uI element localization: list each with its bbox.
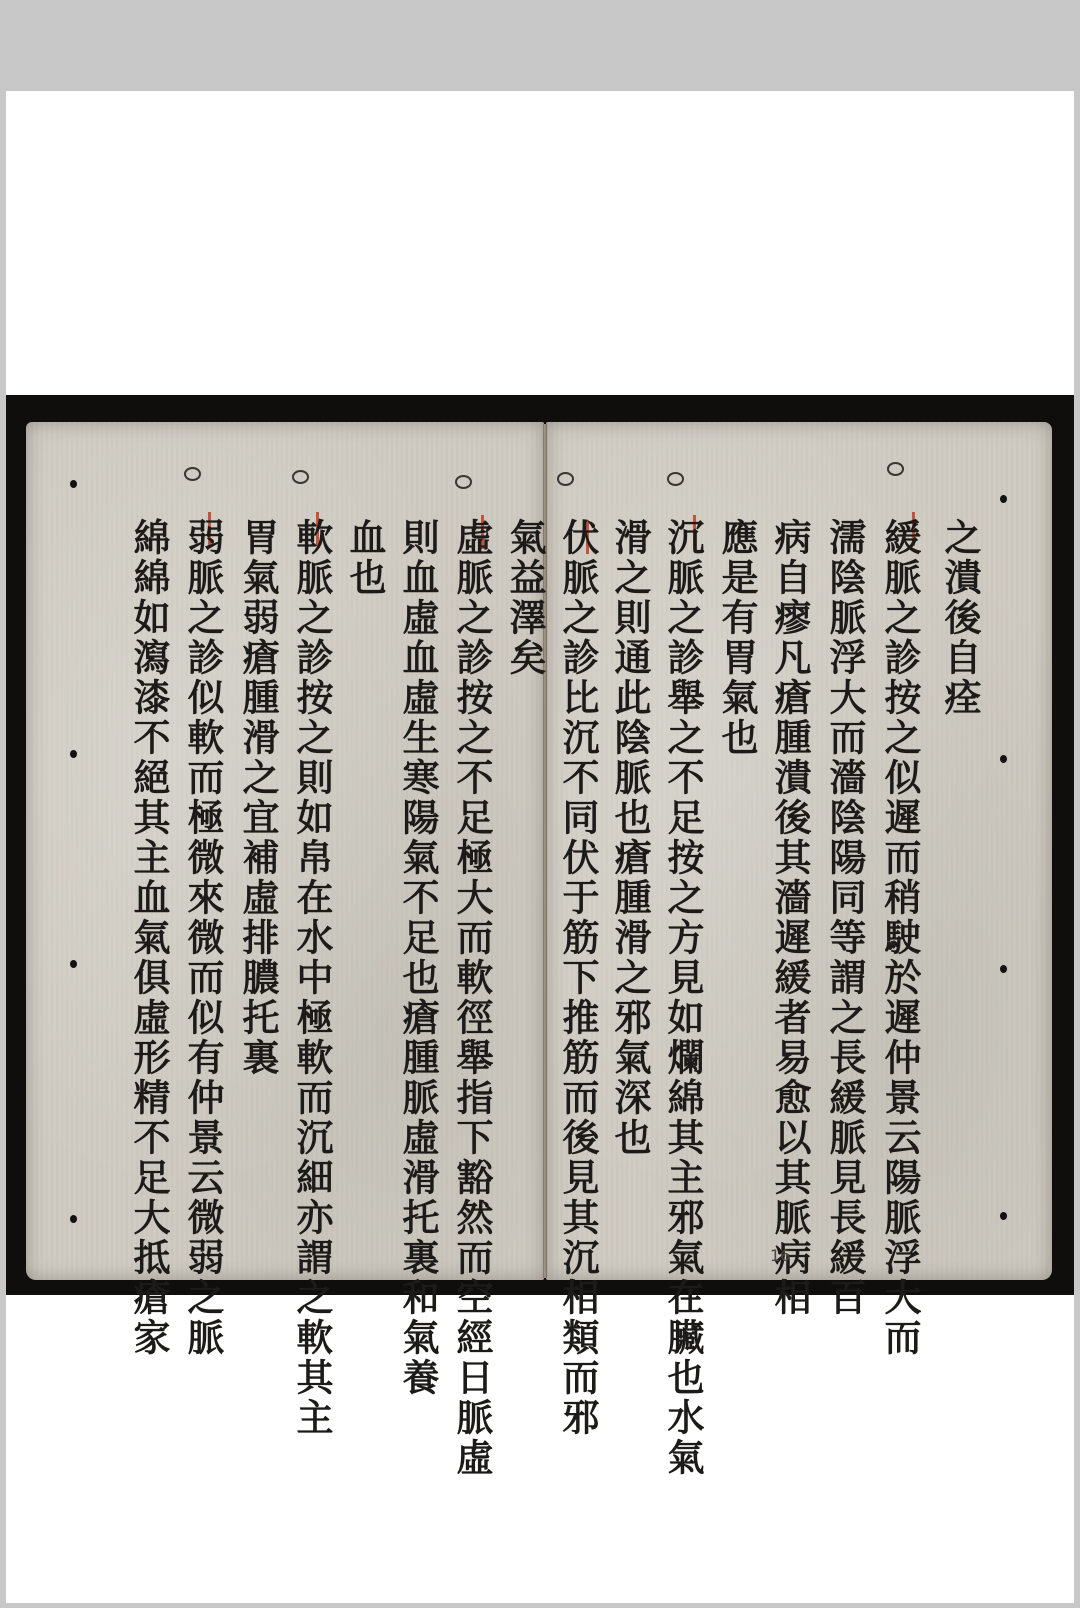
text-column: 虛脈之診按之不足極大而軟徑舉指下豁然而空經日脈虛 xyxy=(447,518,497,1478)
text-column: 則血虛血虛生寒陽氣不足也瘡腫脈虛滑托裏和氣養 xyxy=(393,518,443,1398)
text-column: 沉脈之診舉之不足按之方見如爛綿其主邪氣在臟也水氣 xyxy=(658,518,708,1478)
binding-hole xyxy=(70,750,77,758)
text-column: 伏脈之診比沉不同伏于筋下推筋而後見其沉相類而邪 xyxy=(553,518,603,1438)
section-marker-circle xyxy=(184,467,201,481)
page-number: 16 xyxy=(770,1246,790,1265)
text-column: 應是有胃氣也 xyxy=(712,518,762,758)
binding-hole xyxy=(1000,1212,1007,1220)
section-marker-circle xyxy=(292,470,309,484)
binding-hole xyxy=(1000,755,1007,763)
text-column: 弱脈之診似軟而極微來微而似有仲景云微弱之脈 xyxy=(178,518,228,1358)
binding-hole xyxy=(70,480,77,488)
text-column: 緩脈之診按之似遲而稍駛於遲仲景云陽脈浮大而 xyxy=(875,518,925,1358)
binding-hole xyxy=(70,960,77,968)
section-marker-circle xyxy=(455,475,472,489)
text-column: 氣益澤矣 xyxy=(500,518,550,678)
text-column: 滑之則通此陰脈也瘡腫滑之邪氣深也 xyxy=(605,518,655,1158)
section-marker-circle xyxy=(887,462,904,476)
binding-hole xyxy=(1000,965,1007,973)
text-column: 濡陰脈浮大而濇陰陽同等謂之長緩脈見長緩百 xyxy=(820,518,870,1318)
section-marker-circle xyxy=(667,472,684,486)
text-column: 之潰後自痊 xyxy=(935,518,985,718)
text-column: 胃氣弱瘡腫滑之宜補虛排膿托裏 xyxy=(233,518,283,1078)
text-column: 血也 xyxy=(340,518,390,598)
section-marker-circle xyxy=(557,472,574,486)
binding-hole xyxy=(70,1215,77,1223)
text-column: 病自瘳凡瘡腫潰後其濇遲緩者易愈以其脈病相 xyxy=(765,518,815,1318)
text-column: 綿綿如瀉漆不絕其主血氣俱虛形精不足大抵瘡家 xyxy=(124,518,174,1358)
binding-hole xyxy=(1000,495,1007,503)
text-column: 軟脈之診按之則如帛在水中極軟而沉細亦謂之軟其主 xyxy=(287,518,337,1438)
